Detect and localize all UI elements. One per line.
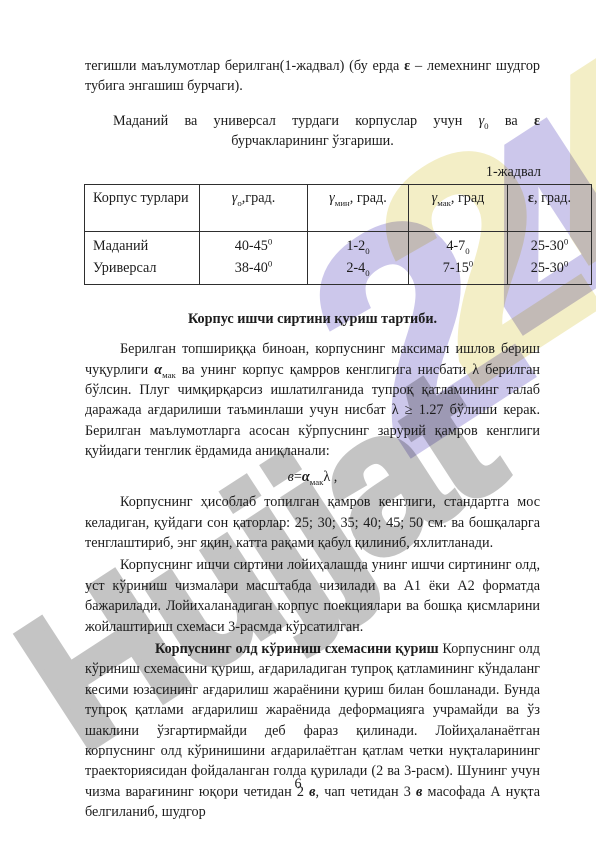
body-paragraph: Берилган топшириққа биноан, корпуснинг м… xyxy=(85,339,540,461)
text-block: тегишли маълумотлар берилган(1-жадвал) (… xyxy=(85,56,540,825)
table-cell: 40-450 xyxy=(200,232,308,258)
table-cell: 7-150 xyxy=(409,257,508,284)
header-gamma-o: γо,град. xyxy=(200,185,308,232)
header-gamma-mak: γмак, град xyxy=(409,185,508,232)
table-cell: 38-400 xyxy=(200,257,308,284)
section-heading: Корпус ишчи сиртини қуриш тартиби. xyxy=(85,309,540,329)
row-name: Маданий xyxy=(85,232,200,258)
table-row: Маданий 40-450 1-20 4-70 25-300 xyxy=(85,232,592,258)
header-korpus-turlari: Корпус турлари xyxy=(85,185,200,232)
table-intro-line1: Маданий ва универсал турдаги корпуслар у… xyxy=(85,111,540,131)
table-cell: 25-300 xyxy=(508,257,592,284)
table-header-row: Корпус турлари γо,град. γмин, град. γмак… xyxy=(85,185,592,232)
data-table: Корпус турлари γо,град. γмин, град. γмак… xyxy=(84,184,592,285)
body-paragraph: Корпуснинг ишчи сиртини лойиҳалашда унин… xyxy=(85,555,540,637)
table-cell: 4-70 xyxy=(409,232,508,258)
body-paragraph: Корпуснинг ҳисоблаб топилган қамров кенг… xyxy=(85,492,540,553)
table-cell: 2-40 xyxy=(308,257,409,284)
document-page: 24 24 Hujjat тегишли маълумотлар берилга… xyxy=(0,0,596,842)
table-cell: 1-20 xyxy=(308,232,409,258)
formula: в=αмакλ , xyxy=(85,467,540,487)
table-row: Уриверсал 38-400 2-40 7-150 25-300 xyxy=(85,257,592,284)
body-paragraph-with-lead: Корпуснинг олд кўриниш схемасини қуриш К… xyxy=(85,639,540,823)
page-number: 6 xyxy=(0,776,596,793)
table-cell: 25-300 xyxy=(508,232,592,258)
table-caption: 1-жадвал xyxy=(84,162,591,182)
header-epsilon: ε, град. xyxy=(508,185,592,232)
intro-paragraph: тегишли маълумотлар берилган(1-жадвал) (… xyxy=(85,56,540,97)
row-name: Уриверсал xyxy=(85,257,200,284)
table-intro-line2: бурчакларининг ўзгариши. xyxy=(85,131,540,151)
header-gamma-min: γмин, град. xyxy=(308,185,409,232)
table-block: 1-жадвал Корпус турлари γо,град. γмин, г… xyxy=(84,162,591,285)
